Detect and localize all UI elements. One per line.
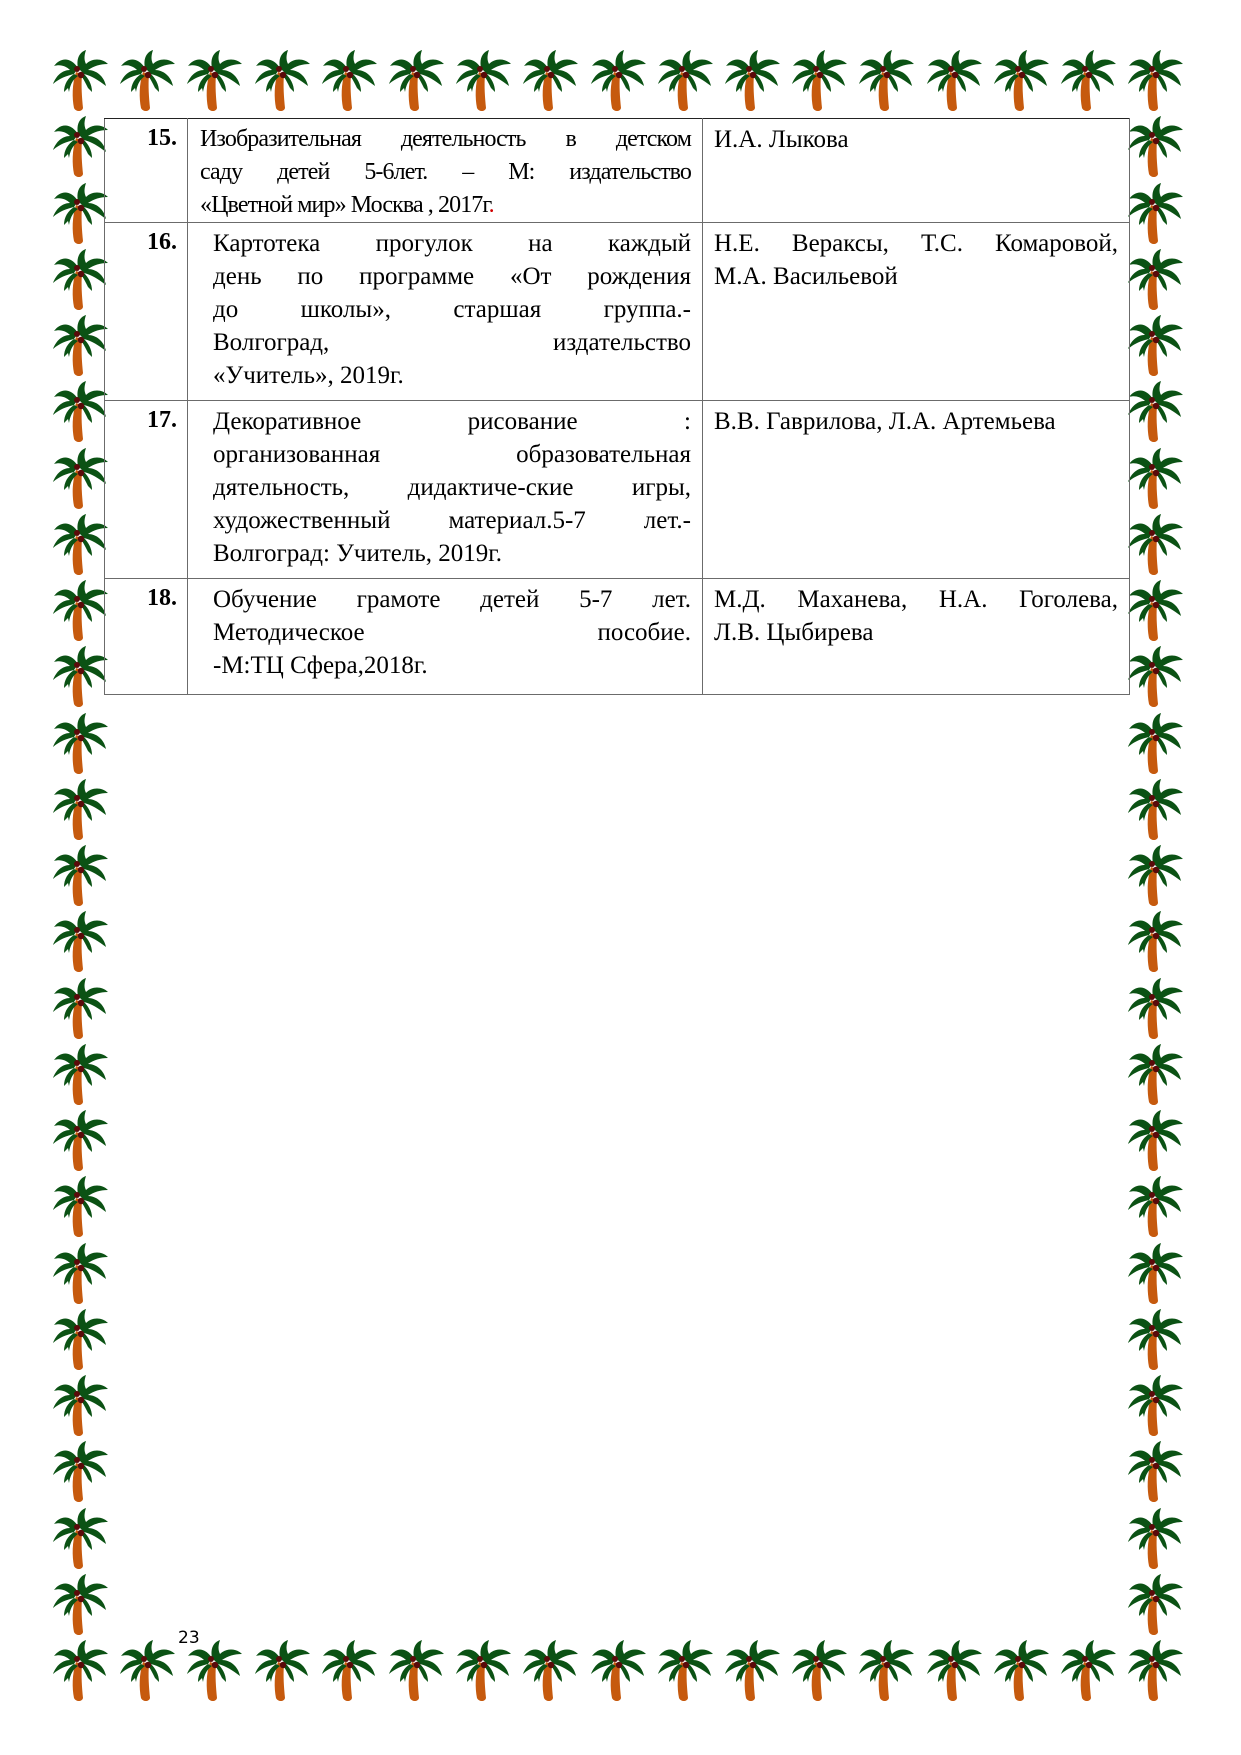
palm-tree-icon bbox=[858, 1640, 916, 1702]
palm-tree-icon bbox=[1127, 1176, 1185, 1238]
palm-tree-icon bbox=[522, 1640, 580, 1702]
palm-tree-icon bbox=[52, 381, 110, 443]
palm-tree-icon bbox=[1127, 779, 1185, 841]
palm-tree-icon bbox=[1127, 845, 1185, 907]
bibliography-table: 15.Изобразительная деятельность в детско… bbox=[104, 118, 1130, 695]
palm-tree-icon bbox=[926, 50, 984, 112]
title-suffix: . bbox=[489, 192, 494, 218]
palm-tree-icon bbox=[724, 1640, 782, 1702]
palm-tree-icon bbox=[52, 514, 110, 576]
palm-tree-icon bbox=[1127, 1640, 1185, 1702]
title-line: художественный материал.5-7 лет.- bbox=[213, 504, 691, 537]
entry-author: М.Д. Маханева, Н.А. Гоголева,Л.В. Цыбире… bbox=[703, 579, 1130, 695]
title-line: Обучение грамоте детей 5-7 лет. bbox=[213, 583, 691, 616]
palm-tree-icon bbox=[455, 1640, 513, 1702]
palm-tree-icon bbox=[52, 1640, 110, 1702]
palm-tree-icon bbox=[52, 1176, 110, 1238]
palm-tree-icon bbox=[1127, 1044, 1185, 1106]
palm-tree-icon bbox=[657, 50, 715, 112]
title-line: «Учитель», 2019г. bbox=[213, 359, 691, 392]
palm-tree-icon bbox=[119, 50, 177, 112]
entry-title: Декоративное рисование :организованная о… bbox=[188, 401, 703, 579]
author-line: Н.Е. Вераксы, Т.С. Комаровой, bbox=[714, 227, 1118, 260]
palm-tree-icon bbox=[388, 1640, 446, 1702]
title-line: Изобразительная деятельность в детском bbox=[200, 123, 691, 156]
palm-tree-icon bbox=[1127, 978, 1185, 1040]
title-line: Методическое пособие. bbox=[213, 616, 691, 649]
author-line: М.Д. Маханева, Н.А. Гоголева, bbox=[714, 583, 1118, 616]
palm-tree-icon bbox=[52, 1243, 110, 1305]
palm-tree-icon bbox=[1127, 911, 1185, 973]
palm-tree-icon bbox=[1127, 713, 1185, 775]
palm-tree-icon bbox=[1127, 1110, 1185, 1172]
entry-number: 16. bbox=[105, 223, 188, 401]
palm-tree-icon bbox=[186, 1640, 244, 1702]
palm-tree-icon bbox=[1127, 315, 1185, 377]
palm-tree-icon bbox=[590, 1640, 648, 1702]
table-row: 16.Картотека прогулок на каждыйдень по п… bbox=[105, 223, 1130, 401]
palm-tree-icon bbox=[791, 50, 849, 112]
palm-tree-icon bbox=[52, 1044, 110, 1106]
palm-tree-icon bbox=[52, 646, 110, 708]
palm-tree-icon bbox=[52, 1441, 110, 1503]
palm-tree-icon bbox=[52, 1508, 110, 1570]
palm-tree-icon bbox=[1060, 1640, 1118, 1702]
title-line: до школы», старшая группа.- bbox=[213, 293, 691, 326]
title-line: организованная образовательная bbox=[213, 438, 691, 471]
palm-tree-icon bbox=[52, 580, 110, 642]
palm-tree-icon bbox=[52, 249, 110, 311]
palm-tree-icon bbox=[1127, 514, 1185, 576]
palm-tree-icon bbox=[388, 50, 446, 112]
palm-tree-icon bbox=[1127, 1574, 1185, 1636]
palm-tree-icon bbox=[52, 978, 110, 1040]
palm-tree-icon bbox=[590, 50, 648, 112]
palm-tree-icon bbox=[254, 1640, 312, 1702]
palm-tree-icon bbox=[455, 50, 513, 112]
palm-tree-icon bbox=[1127, 249, 1185, 311]
author-line: И.А. Лыкова bbox=[714, 123, 1118, 156]
palm-tree-icon bbox=[1127, 1375, 1185, 1437]
palm-tree-icon bbox=[1060, 50, 1118, 112]
palm-tree-icon bbox=[52, 713, 110, 775]
title-line: «Цветной мир» Москва , 2017г. bbox=[200, 189, 691, 222]
table-row: 18.Обучение грамоте детей 5-7 лет.Методи… bbox=[105, 579, 1130, 695]
palm-tree-icon bbox=[52, 911, 110, 973]
title-line: Волгоград: Учитель, 2019г. bbox=[213, 537, 691, 570]
palm-tree-icon bbox=[52, 183, 110, 245]
palm-tree-icon bbox=[52, 845, 110, 907]
palm-tree-icon bbox=[1127, 50, 1185, 112]
title-line: -М:ТЦ Сфера,2018г. bbox=[213, 649, 691, 682]
author-line: М.А. Васильевой bbox=[714, 260, 1118, 293]
palm-tree-icon bbox=[52, 779, 110, 841]
entry-title: Изобразительная деятельность в детскомса… bbox=[188, 119, 703, 223]
palm-tree-icon bbox=[1127, 1243, 1185, 1305]
entry-author: И.А. Лыкова bbox=[703, 119, 1130, 223]
title-line: Декоративное рисование : bbox=[213, 405, 691, 438]
palm-tree-icon bbox=[52, 116, 110, 178]
palm-tree-icon bbox=[186, 50, 244, 112]
title-line: дятельность, дидактиче-ские игры, bbox=[213, 471, 691, 504]
palm-tree-icon bbox=[724, 50, 782, 112]
palm-tree-icon bbox=[1127, 116, 1185, 178]
palm-tree-icon bbox=[1127, 1441, 1185, 1503]
palm-tree-icon bbox=[52, 1375, 110, 1437]
palm-tree-icon bbox=[52, 448, 110, 510]
palm-tree-icon bbox=[1127, 381, 1185, 443]
palm-tree-icon bbox=[254, 50, 312, 112]
palm-tree-icon bbox=[1127, 646, 1185, 708]
palm-tree-icon bbox=[858, 50, 916, 112]
palm-tree-icon bbox=[522, 50, 580, 112]
palm-tree-icon bbox=[791, 1640, 849, 1702]
palm-tree-icon bbox=[1127, 448, 1185, 510]
palm-tree-icon bbox=[119, 1640, 177, 1702]
palm-tree-icon bbox=[321, 1640, 379, 1702]
entry-number: 18. bbox=[105, 579, 188, 695]
palm-tree-icon bbox=[52, 315, 110, 377]
page-number: 23 bbox=[178, 1628, 200, 1648]
title-line: Волгоград, издательство bbox=[213, 326, 691, 359]
entry-author: Н.Е. Вераксы, Т.С. Комаровой,М.А. Василь… bbox=[703, 223, 1130, 401]
title-line: день по программе «От рождения bbox=[213, 260, 691, 293]
table-row: 17.Декоративное рисование :организованна… bbox=[105, 401, 1130, 579]
title-line: саду детей 5-6лет. – М: издательство bbox=[200, 156, 691, 189]
author-line: В.В. Гаврилова, Л.А. Артемьева bbox=[714, 405, 1118, 438]
entry-title: Картотека прогулок на каждыйдень по прог… bbox=[188, 223, 703, 401]
entry-number: 17. bbox=[105, 401, 188, 579]
palm-tree-icon bbox=[993, 50, 1051, 112]
palm-tree-icon bbox=[926, 1640, 984, 1702]
author-line: Л.В. Цыбирева bbox=[714, 616, 1118, 649]
palm-tree-icon bbox=[1127, 183, 1185, 245]
palm-tree-icon bbox=[993, 1640, 1051, 1702]
table-row: 15.Изобразительная деятельность в детско… bbox=[105, 119, 1130, 223]
title-line: Картотека прогулок на каждый bbox=[213, 227, 691, 260]
entry-title: Обучение грамоте детей 5-7 лет.Методичес… bbox=[188, 579, 703, 695]
palm-tree-icon bbox=[52, 50, 110, 112]
palm-tree-icon bbox=[1127, 580, 1185, 642]
palm-tree-icon bbox=[1127, 1309, 1185, 1371]
entry-number: 15. bbox=[105, 119, 188, 223]
palm-tree-icon bbox=[657, 1640, 715, 1702]
palm-tree-icon bbox=[52, 1110, 110, 1172]
palm-tree-icon bbox=[321, 50, 379, 112]
palm-tree-icon bbox=[52, 1574, 110, 1636]
entry-author: В.В. Гаврилова, Л.А. Артемьева bbox=[703, 401, 1130, 579]
palm-tree-icon bbox=[1127, 1508, 1185, 1570]
palm-tree-icon bbox=[52, 1309, 110, 1371]
